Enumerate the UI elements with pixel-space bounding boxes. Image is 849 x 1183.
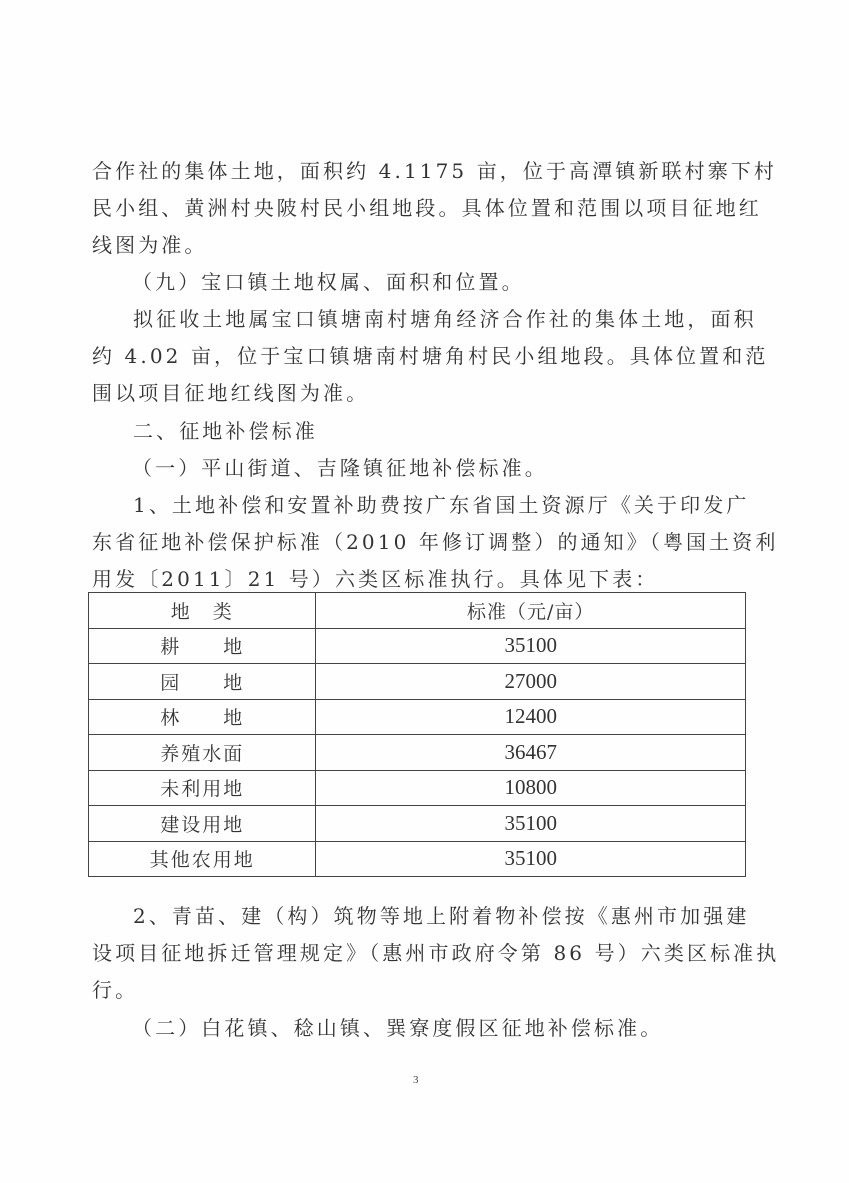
standard-value-cell: 27000 xyxy=(316,664,746,700)
paragraph-line: 设项目征地拆迁管理规定》（惠州市政府令第 86 号）六类区标准执 xyxy=(92,941,779,965)
paragraph-line: 合作社的集体土地，面积约 4.1175 亩，位于高潭镇新联村寨下村 xyxy=(92,159,777,183)
page-number: 3 xyxy=(413,1074,419,1086)
table-row: 林 地 12400 xyxy=(89,699,746,735)
compensation-standard-table: 地 类 标准（元/亩） 耕 地 35100 园 地 27000 林 地 1240… xyxy=(88,592,746,877)
paragraph-line: 围以项目征地红线图为准。 xyxy=(92,381,369,405)
paragraph-line: 行。 xyxy=(92,978,138,1002)
paragraph-line: 拟征收土地属宝口镇塘南村塘角经济合作社的集体土地，面积 xyxy=(133,307,757,331)
standard-value-cell: 35100 xyxy=(316,628,746,664)
subsection-heading-1: （一）平山街道、吉隆镇征地补偿标准。 xyxy=(132,456,548,480)
subsection-heading-2: （二）白花镇、稔山镇、巽寮度假区征地补偿标准。 xyxy=(132,1016,663,1040)
table-row: 建设用地 35100 xyxy=(89,806,746,842)
table-row: 园 地 27000 xyxy=(89,664,746,700)
column-header-land-type: 地 类 xyxy=(89,593,316,629)
paragraph-line: 约 4.02 亩，位于宝口镇塘南村塘角村民小组地段。具体位置和范 xyxy=(92,344,768,368)
land-type-cell: 建设用地 xyxy=(89,806,316,842)
table-row: 养殖水面 36467 xyxy=(89,735,746,771)
standard-value-cell: 10800 xyxy=(316,770,746,806)
paragraph-line: 1、土地补偿和安置补助费按广东省国土资源厅《关于印发广 xyxy=(133,493,749,517)
paragraph-line: 用发〔2011〕21 号）六类区标准执行。具体见下表： xyxy=(92,567,658,591)
land-type-cell: 耕 地 xyxy=(89,628,316,664)
section-heading-2: 二、征地补偿标准 xyxy=(133,419,318,443)
land-type-cell: 其他农用地 xyxy=(89,841,316,877)
table-row: 其他农用地 35100 xyxy=(89,841,746,877)
land-type-cell: 未利用地 xyxy=(89,770,316,806)
table-row: 未利用地 10800 xyxy=(89,770,746,806)
standard-value-cell: 35100 xyxy=(316,841,746,877)
standard-value-cell: 35100 xyxy=(316,806,746,842)
paragraph-line: 民小组、黄洲村央陂村民小组地段。具体位置和范围以项目征地红 xyxy=(92,196,762,220)
paragraph-line: 线图为准。 xyxy=(92,233,208,257)
land-type-cell: 园 地 xyxy=(89,664,316,700)
standard-value-cell: 12400 xyxy=(316,699,746,735)
table-header-row: 地 类 标准（元/亩） xyxy=(89,593,746,629)
land-type-cell: 养殖水面 xyxy=(89,735,316,771)
standard-value-cell: 36467 xyxy=(316,735,746,771)
document-page: 合作社的集体土地，面积约 4.1175 亩，位于高潭镇新联村寨下村 民小组、黄洲… xyxy=(0,0,849,1183)
paragraph-line: 东省征地补偿保护标准（2010 年修订调整）的通知》（粤国土资利 xyxy=(92,530,778,554)
column-header-standard: 标准（元/亩） xyxy=(316,593,746,629)
section-heading-9: （九）宝口镇土地权属、面积和位置。 xyxy=(132,270,525,294)
paragraph-line: 2、青苗、建（构）筑物等地上附着物补偿按《惠州市加强建 xyxy=(133,904,749,928)
land-type-cell: 林 地 xyxy=(89,699,316,735)
table-row: 耕 地 35100 xyxy=(89,628,746,664)
